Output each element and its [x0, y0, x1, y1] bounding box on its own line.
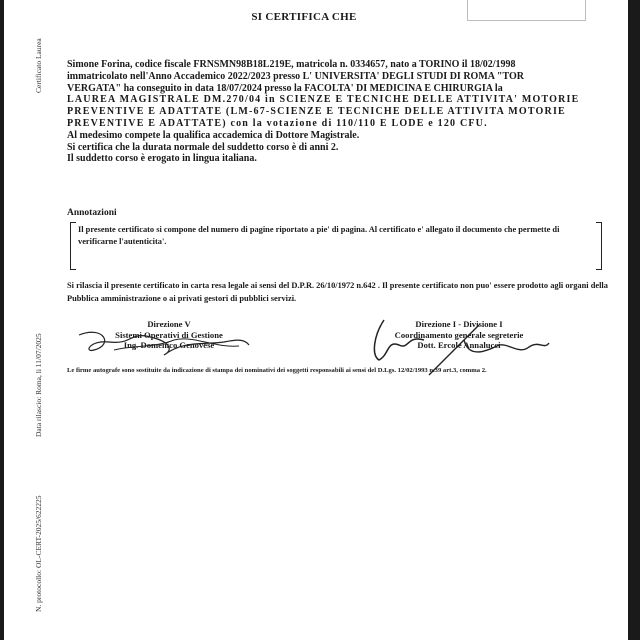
signatory-department: Coordinamento generale segreterie [389, 330, 529, 341]
body-line: PREVENTIVE E ADATTATE) con la votazione … [67, 118, 607, 130]
signatory-office: Direzione I - Divisione I [389, 319, 529, 330]
body-line: Si certifica che la durata normale del s… [67, 142, 607, 154]
body-line: Il suddetto corso è erogato in lingua it… [67, 153, 607, 165]
side-label-type: Certificato Laurea [34, 38, 43, 93]
annotations-box: Il presente certificato si compone del n… [70, 222, 602, 268]
signatory-left: Direzione V Sistemi Operativi di Gestion… [84, 319, 254, 351]
body-line: immatricolato nell'Anno Accademico 2022/… [67, 71, 607, 83]
signatory-name: Ing. Domenico Genovese [84, 340, 254, 351]
side-label-protocol: N. protocollo: OL-CERT-2025/622225 [34, 495, 43, 612]
certificate-body: Simone Forina, codice fiscale FRNSMN98B1… [67, 59, 607, 165]
signatory-office: Direzione V [84, 319, 254, 330]
certificate-page: SI CERTIFICA CHE Certificato Laurea Data… [4, 0, 634, 640]
signatory-name: Dott. Ercole Annalucci [389, 340, 529, 351]
annotations-text: Il presente certificato si compone del n… [78, 224, 593, 248]
body-line: Al medesimo compete la qualifica accadem… [67, 130, 607, 142]
footnote: Le firme autografe sono sostituite da in… [67, 367, 627, 374]
body-line: Simone Forina, codice fiscale FRNSMN98B1… [67, 59, 607, 71]
legal-notice: Si rilascia il presente certificato in c… [67, 280, 612, 305]
side-label-date: Data rilascio: Roma, li 11/07/2025 [34, 333, 43, 437]
signatory-right: Direzione I - Divisione I Coordinamento … [389, 319, 529, 351]
bracket-right [596, 222, 602, 270]
signatory-department: Sistemi Operativi di Gestione [84, 330, 254, 341]
body-line: PREVENTIVE E ADATTATE (LM-67-SCIENZE E T… [67, 106, 607, 118]
page-edge [628, 0, 634, 640]
body-line: LAUREA MAGISTRALE DM.270/04 in SCIENZE E… [67, 94, 607, 106]
annotations-title: Annotazioni [67, 208, 117, 218]
body-line: VERGATA" ha conseguito in data 18/07/202… [67, 83, 607, 95]
bracket-left [70, 222, 76, 270]
document-title: SI CERTIFICA CHE [4, 11, 604, 23]
